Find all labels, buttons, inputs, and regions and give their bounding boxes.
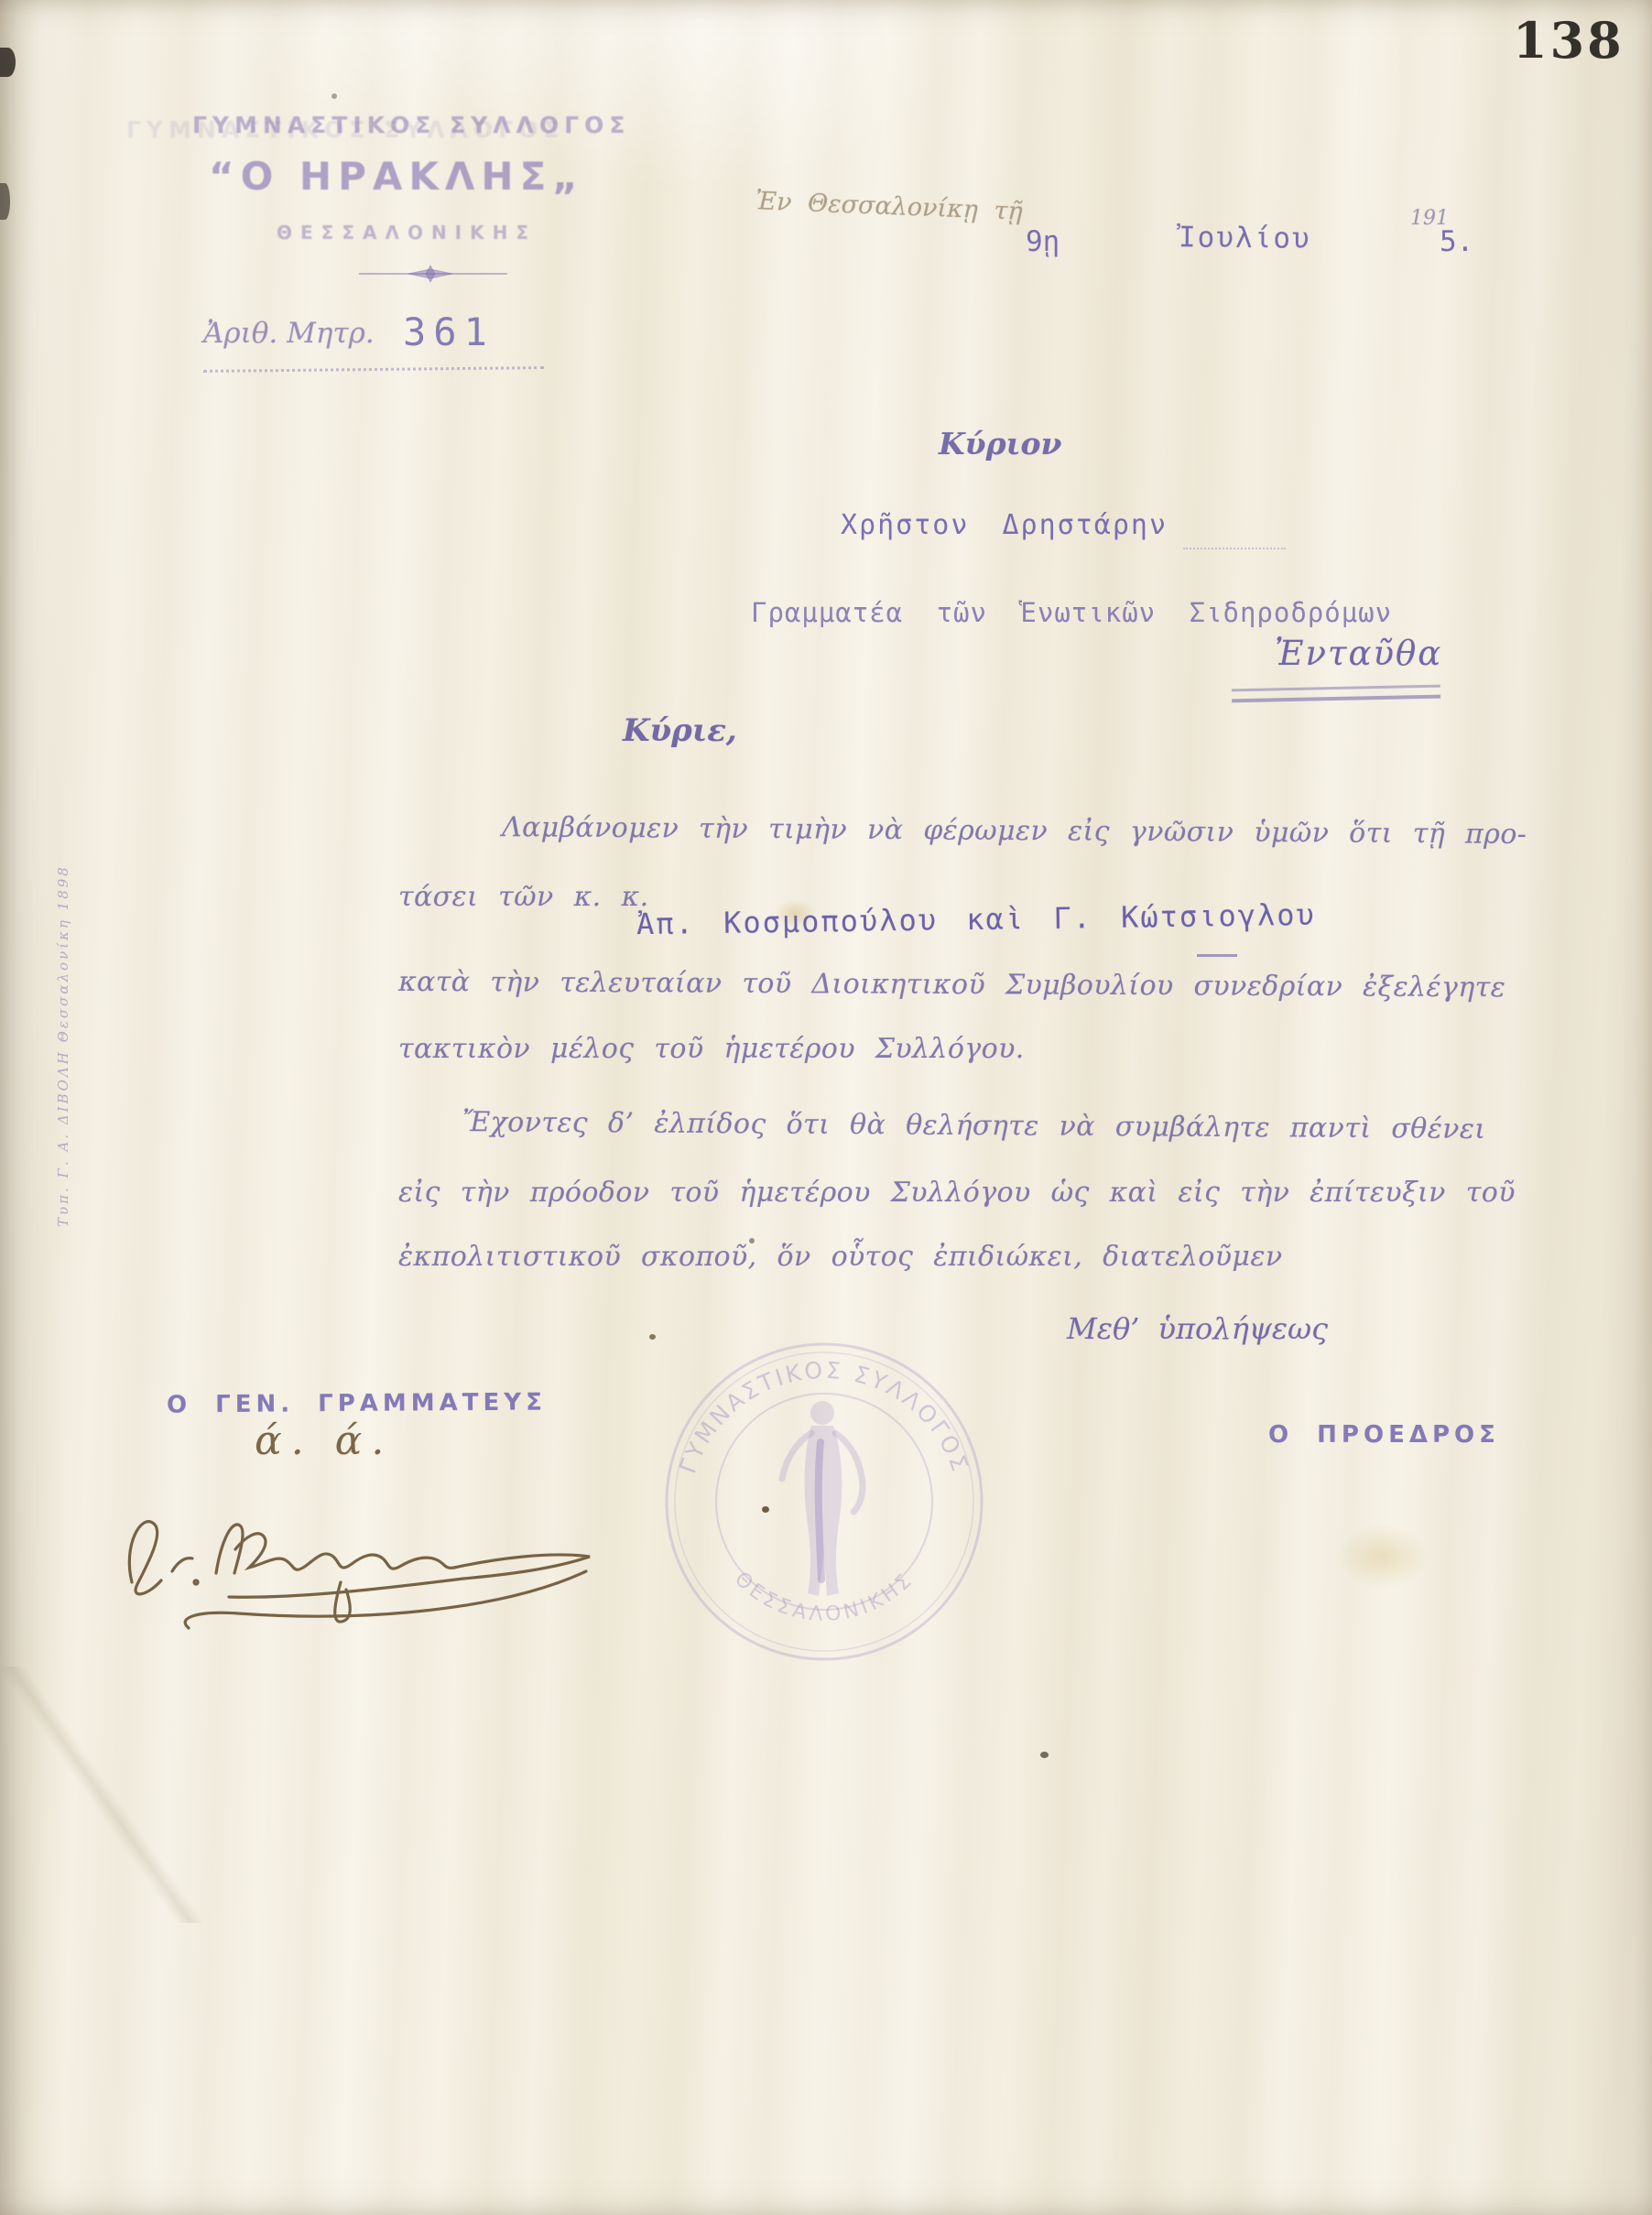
printer-imprint: Τυπ. Γ. Α. ΔΙΒΟΛΗ Θεσσαλονίκη 1898 <box>55 861 71 1227</box>
paper-speck <box>1040 1752 1049 1758</box>
recipient-honorific: Κύριον <box>939 426 1061 461</box>
letterhead-org-line1: ΓΥΜΝΑΣΤΙΚΟΣ ΣΥΛΛΟΓΟΣ <box>192 112 630 138</box>
hercules-figure-icon <box>782 1401 863 1596</box>
recipient-name-dotted-line <box>1183 548 1286 549</box>
location-double-underline <box>1232 685 1440 703</box>
letterhead-org-name: “Ο ΗΡΑΚΛΗΣ„ <box>209 154 584 199</box>
body-line: ἐκπολιτιστικοῦ σκοποῦ, ὅν οὗτος ἐπιδιώκε… <box>398 1241 1282 1273</box>
paper-stain <box>1337 1525 1429 1589</box>
date-day: 9ῃ <box>1026 225 1060 258</box>
secretary-signature <box>101 1428 614 1657</box>
recipient-location: Ἐνταῦθα <box>1275 634 1442 673</box>
date-year-typed: 5. <box>1440 225 1473 258</box>
letterhead-city: ΘΕΣΣΑΛΟΝΙΚΗΣ <box>277 222 537 244</box>
body-line: τάσει τῶν κ. κ. <box>398 881 649 913</box>
recipient-name: Χρῆστον Δρηστάρην <box>841 509 1168 541</box>
body-line: τακτικὸν μέλος τοῦ ἡμετέρου Συλλόγου. <box>398 1033 1025 1065</box>
names-small-underline <box>1197 954 1237 957</box>
body-line: Ἔχοντες δ’ ἐλπίδος ὅτι θὰ θελήσητε νὰ συ… <box>462 1106 1486 1146</box>
date-place-printed: Ἐν Θεσσαλονίκῃ τῇ <box>755 187 1023 226</box>
page-number: 138 <box>1513 11 1625 70</box>
body-line: εἰς τὴν πρόοδον τοῦ ἡμετέρου Συλλόγου ὡς… <box>398 1177 1516 1209</box>
salutation: Κύριε, <box>623 712 737 749</box>
paper-speck <box>0 183 10 220</box>
registry-underline <box>203 366 544 373</box>
registry-number-label: Ἀριθ. Μητρ. <box>203 317 375 350</box>
body-line: Λαμβάνομεν τὴν τιμὴν νὰ φέρωμεν εἰς γνῶσ… <box>502 811 1527 851</box>
ornament-divider <box>355 264 511 284</box>
fold-crease <box>0 1667 247 1923</box>
date-month: Ἰουλίου <box>1179 221 1311 255</box>
body-line: κατὰ τὴν τελευταίαν τοῦ Διοικητικοῦ Συμβ… <box>398 966 1505 1004</box>
club-seal: ΓΥΜΝΑΣΤΙΚΟΣ ΣΥΛΛΟΓΟΣ ΘΕΣΣΑΛΟΝΙΚΗΣ <box>632 1305 1016 1699</box>
paper-speck <box>0 48 16 77</box>
elected-member-names: Ἀπ. Κοσμοπούλου καὶ Γ. Κώτσιογλου <box>636 897 1316 941</box>
closing-phrase: Μεθ’ ὑπολήψεως <box>1067 1311 1328 1346</box>
recipient-role: Γραμματέα τῶν Ἑνωτικῶν Σιδηροδρόμων <box>751 597 1392 628</box>
paper-speck <box>331 93 337 99</box>
letter-page: 138 ΓΥΜΝΑΣΤΙΚΟΣ ΣΥΛΛΟΓΟΣ “Ο ΗΡΑΚΛΗΣ„ ΘΕΣ… <box>0 0 1652 2215</box>
president-title-stamp: Ο ΠΡΟΕΔΡΟΣ <box>1268 1421 1500 1449</box>
registry-number-value: 361 <box>403 309 495 354</box>
secretary-title-stamp: Ο ΓΕΝ. ΓΡΑΜΜΑΤΕΥΣ <box>167 1389 547 1419</box>
